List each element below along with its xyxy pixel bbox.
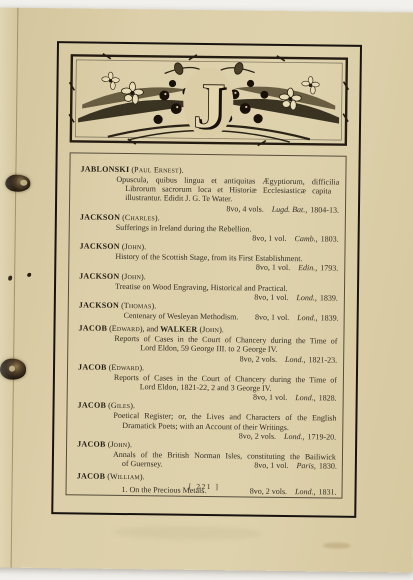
imprint-date: 1830. [319,462,337,471]
catalog-entry: JACOB (Giles).Poetical Register; or, the… [77,401,337,442]
entry-imprint: 8vo, 1 vol.Lond.,1828. [253,393,337,403]
author-given-name: John [124,272,141,281]
scan-background: J J JABLONSKI (Paul Ernest).Opuscula, qu… [0,0,413,580]
author-given-name: John [124,242,141,251]
imprint-date: 1804-13. [310,205,339,214]
woodcut-olive-branch-illustration: J J [68,52,350,147]
author-surname: JABLONSKI [80,164,129,174]
punch-hole-top [5,175,30,192]
entry-line-text: Centenary of Wesleyan Methodism. [124,311,239,322]
entry-line-text: 2. Another Edition. [121,497,182,499]
entry-imprint: 8vo, 1 vol.Edin.,1793. [256,263,338,273]
imprint-date: 1803. [321,234,339,243]
imprint-place: Lond., [284,432,305,441]
imprint-format: 8vo, 1 vol. [254,461,288,470]
heading-text: ). [141,272,146,281]
imprint-date: 1839. [320,293,338,302]
author-given-name: John [110,440,127,449]
catalog-entry: JACOB (Edward).Reports of Cases in the C… [78,362,338,403]
author-surname: JACOB [78,324,107,333]
author-surname: JACKSON [79,300,119,309]
author-surname: JACKSON [79,242,119,251]
imprint-format: 8vo, 1 vol. [230,498,264,499]
imprint-format: 8vo, 1 vol. [254,292,288,301]
catalog-entry: JACKSON (Charles).Sufferings in Ireland … [80,212,340,244]
author-given-name: John [202,325,219,334]
heading-text: ), and [140,324,160,333]
entry-list: JABLONSKI (Paul Ernest).Opuscula, quibus… [76,164,341,498]
imprint-place: Lond., [297,313,318,322]
imprint-date: 1793. [320,264,338,273]
imprint-place: Lond., [295,393,316,402]
author-surname: WALKER [160,325,197,334]
punch-hole-highlight [9,366,15,372]
heading-text: ). [219,325,224,334]
paper-stain [323,542,351,548]
book-page: J J JABLONSKI (Paul Ernest).Opuscula, qu… [0,7,413,572]
imprint-date: 1821-23. [308,355,337,364]
author-given-name: Edward [112,324,140,333]
catalog-entry: JACKSON (John).History of the Scottish S… [79,242,339,274]
heading-text: ). [152,301,157,310]
entry-imprint: 8vo, 4 vols.Lugd. Bat.,1804-13. [226,204,339,214]
imprint-format: 8vo, 1 vol. [256,263,290,272]
entry-imprint: 8vo, 1 vol.Paris,1830. [254,461,337,471]
heading-text: ). [130,402,135,411]
printed-border-frame: J J JABLONSKI (Paul Ernest).Opuscula, qu… [51,41,362,518]
imprint-format: 8vo, 2 vols. [240,354,277,363]
heading-text: ). [155,213,160,222]
author-given-name: Giles [111,401,131,410]
imprint-date: 1828. [319,394,337,403]
author-given-name: Edward [111,363,139,372]
imprint-format: 8vo, 4 vols. [226,204,263,213]
entry-line-text: of Guernsey. [122,459,163,469]
punch-hole-bottom [0,358,26,379]
catalog-entry: JACKSON (Thomas).Centenary of Wesleyan M… [79,300,339,322]
catalog-entry: JACOB (John).Annals of the British Norma… [77,439,337,471]
heading-text: ). [179,166,184,175]
heading-text: ). [127,440,132,449]
initial-letter-block: J J [183,67,234,144]
author-given-name: Thomas [124,301,152,310]
heading-text: ). [141,242,146,251]
catalog-entry: JACKSON (John).Treatise on Wood Engravin… [79,271,339,303]
imprint-place: Lugd. Bat., [272,204,308,213]
decorative-headpiece: J J [68,52,350,147]
imprint-place: Lond., [285,355,306,364]
imprint-date: 1839. [321,313,339,322]
imprint-place: Edin., [298,264,317,273]
author-given-name: Paul Ernest [134,165,179,175]
entry-line: Centenary of Wesleyan Methodism.8vo, 1 v… [124,311,339,323]
imprint-format: 8vo, 1 vol. [252,234,286,243]
binding-mark-right [27,273,31,277]
imprint-format: 8vo, 1 vol. [255,313,289,322]
punch-hole-highlight [20,180,27,186]
entry-line: 2. Another Edition.8vo, 1 vol.Philadelph… [121,497,336,499]
heading-text: ). [139,363,144,372]
author-surname: JACOB [78,401,107,410]
imprint-format: 8vo, 1 vol. [253,393,287,402]
author-given-name: Charles [125,213,155,222]
entry-imprint: 8vo, 1 vol.Philadelphia,1832. [230,498,337,499]
imprint-place: Camb., [294,234,317,243]
initial-letter: J [193,70,226,141]
author-surname: JACOB [77,439,106,448]
catalog-text-panel: JABLONSKI (Paul Ernest).Opuscula, quibus… [65,152,346,498]
author-surname: JACKSON [80,212,120,221]
imprint-date: 1719-20. [307,432,336,441]
imprint-format: 8vo, 2 vols. [239,431,276,440]
imprint-place: Lond., [296,293,317,302]
binding-mark-left [8,276,12,281]
imprint-place: Paris, [296,461,315,470]
catalog-entry: JABLONSKI (Paul Ernest).Opuscula, quibus… [80,164,341,214]
entry-imprint: 8vo, 2 vols.Lond.,1821-23. [240,354,338,364]
author-surname: JACOB [78,362,107,371]
paper-shadow-smudge [113,525,263,541]
catalog-entry: JACOB (Edward), and WALKER (John).Report… [78,324,338,365]
entry-imprint: 8vo, 1 vol.Lond.,1839. [254,292,338,302]
entry-imprint: 8vo, 2 vols.Lond.,1719-20. [239,431,337,441]
author-surname: JACKSON [79,271,119,280]
entry-line: of Guernsey.8vo, 1 vol.Paris,1830. [122,459,337,471]
entry-imprint: 8vo, 1 vol.Lond.,1839. [255,313,339,323]
entry-imprint: 8vo, 1 vol.Camb.,1803. [252,234,338,244]
